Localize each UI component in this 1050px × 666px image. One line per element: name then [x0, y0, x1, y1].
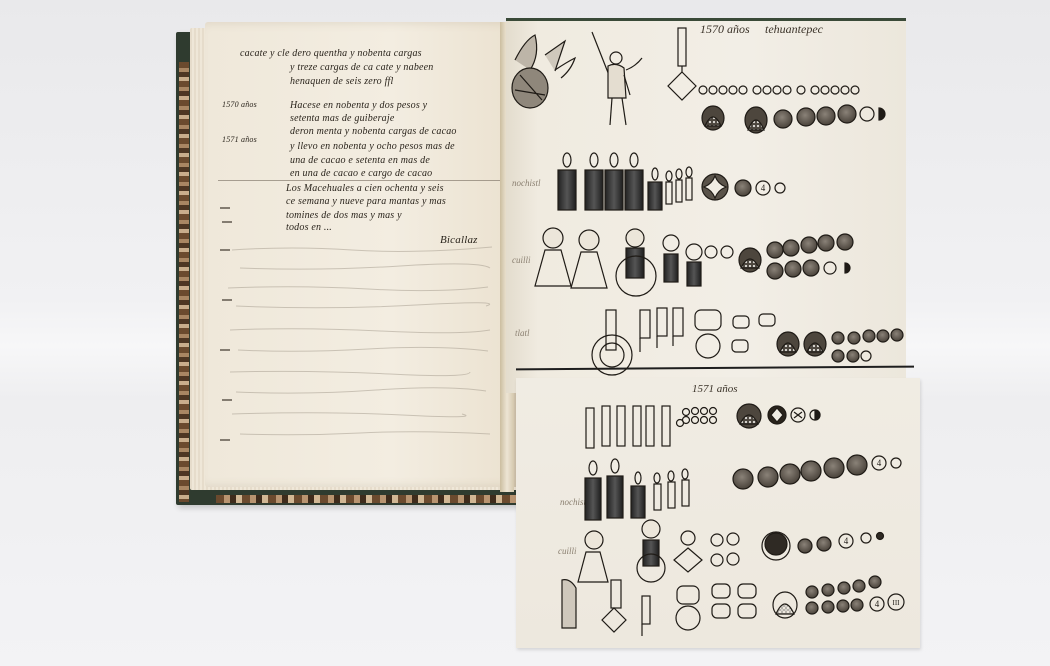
glyph-disk	[860, 107, 874, 121]
svg-text:4: 4	[875, 599, 880, 609]
lidded-jars	[535, 228, 607, 288]
granary-disks	[702, 106, 767, 133]
small-circles-row	[699, 86, 859, 94]
basket-on-ring-icon	[695, 310, 721, 358]
warrior-figure-icon	[592, 32, 642, 125]
plumed-shield-icon	[512, 35, 575, 108]
banner-double-ring-icon	[592, 310, 632, 375]
quatrefoil-disk-icon	[702, 174, 728, 200]
svg-text:4: 4	[844, 536, 849, 546]
bundle-with-ring-icon	[616, 229, 656, 296]
svg-text:III: III	[893, 599, 901, 607]
shaded-disks	[774, 105, 856, 128]
svg-text:4: 4	[877, 458, 882, 468]
half-disk	[879, 108, 885, 120]
diamond-disk-icon	[768, 406, 786, 424]
banner-diamond-icon	[668, 28, 696, 100]
pictographic-tribute-glyphs: 4444III	[0, 0, 1050, 666]
svg-text:4: 4	[761, 183, 766, 193]
banners	[640, 308, 683, 352]
bundled-candles	[558, 153, 692, 210]
banners-foldout	[586, 406, 670, 448]
